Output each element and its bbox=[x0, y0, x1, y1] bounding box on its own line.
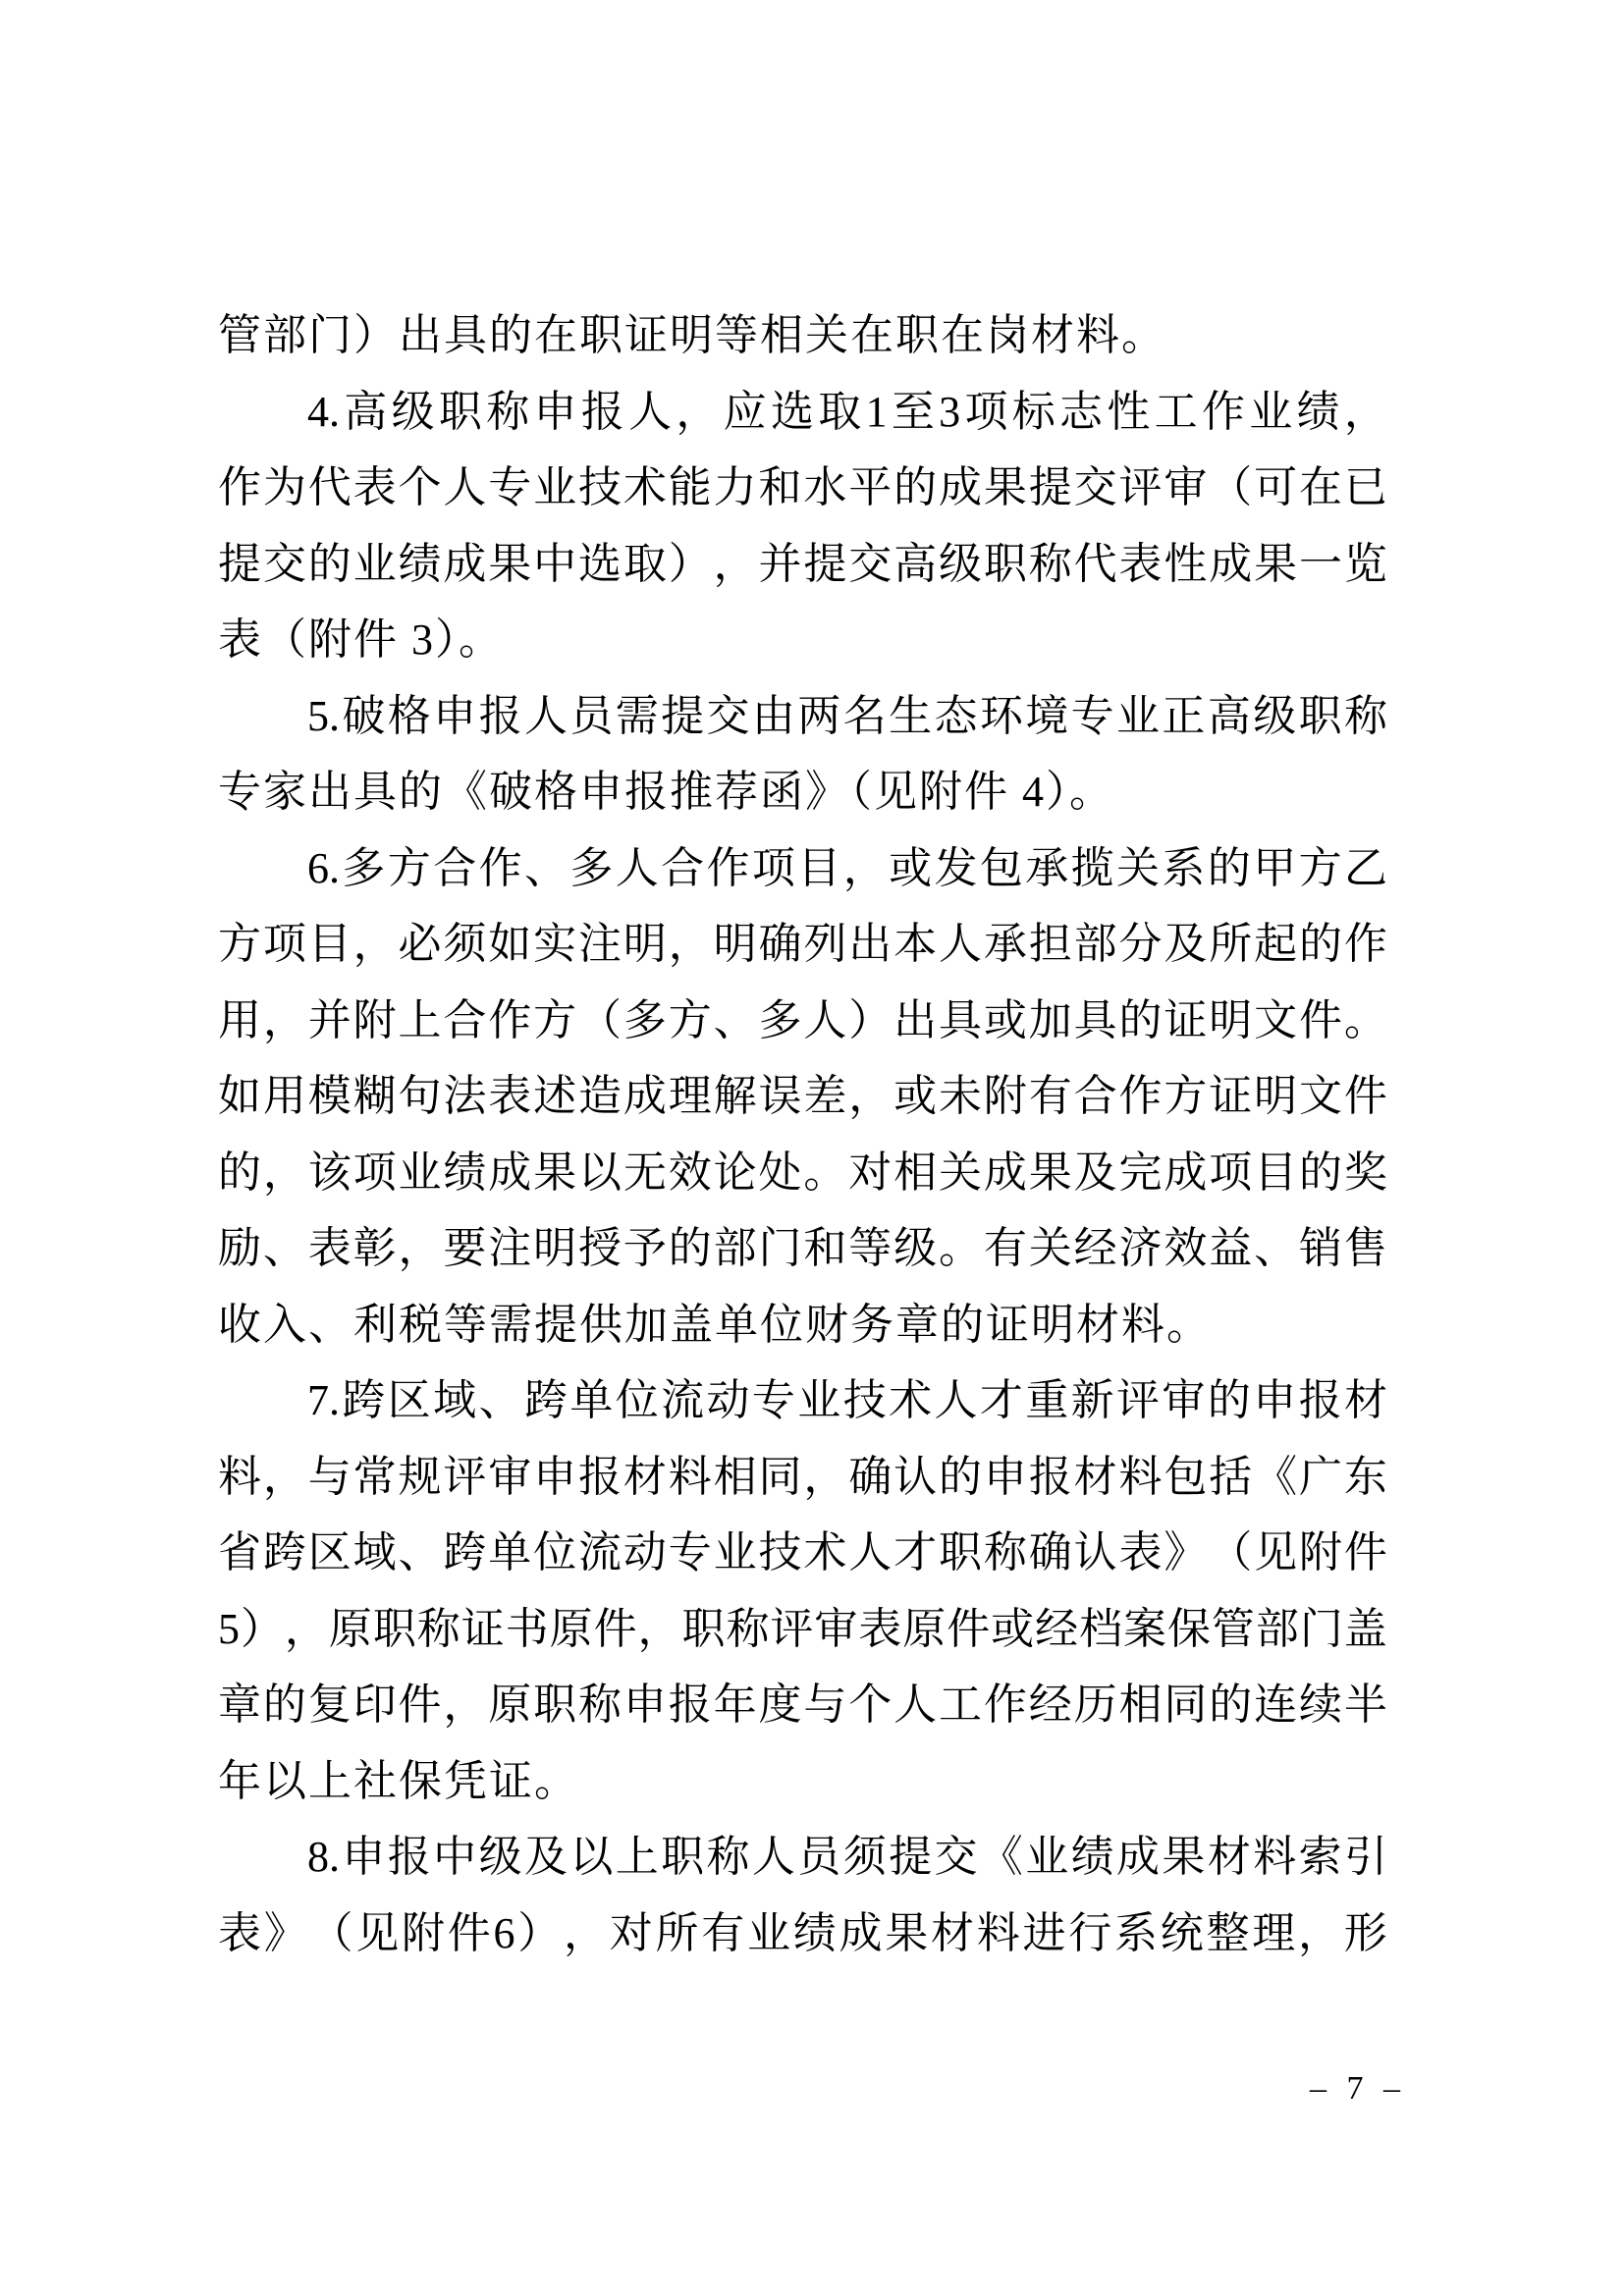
text-char: 误 bbox=[759, 1058, 802, 1135]
text-char: 年 bbox=[714, 1667, 757, 1743]
text-char: 称 bbox=[578, 1667, 622, 1743]
text-char: 合 bbox=[443, 983, 486, 1059]
text-char: 半 bbox=[1344, 1667, 1387, 1743]
text-char: 人 bbox=[939, 906, 982, 983]
text-char: 业 bbox=[353, 526, 397, 603]
text-line: 7.跨区域、跨单位流动专业技术人才重新评审的申报材 bbox=[218, 1362, 1387, 1439]
text-char: 级 bbox=[1253, 678, 1296, 755]
text-char: 连 bbox=[1254, 1667, 1297, 1743]
text-char: 专 bbox=[1071, 678, 1114, 755]
text-char: 评 bbox=[770, 1591, 813, 1668]
text-char: 级 bbox=[392, 374, 435, 451]
text-char: 所 bbox=[1209, 906, 1252, 983]
text-char: 如 bbox=[488, 906, 531, 983]
text-char: 出 bbox=[893, 983, 937, 1059]
text-char: 作 bbox=[479, 830, 522, 907]
text-char: 表 bbox=[1119, 526, 1163, 603]
text-char: 乙 bbox=[1344, 830, 1387, 907]
text-char: 的 bbox=[218, 1135, 261, 1211]
document-page: 管部门）出具的在职证明等相关在职在岗材料。4.高级职称申报人，应选取1至3项标志… bbox=[0, 0, 1624, 2296]
text-char: 对 bbox=[848, 1135, 892, 1211]
text-char: 部 bbox=[714, 1210, 757, 1287]
text-char: 书 bbox=[506, 1591, 549, 1668]
text-char: 作 bbox=[984, 1667, 1027, 1743]
text-char: 常 bbox=[353, 1439, 397, 1516]
text-char: 单 bbox=[569, 1362, 613, 1439]
text-char: 表 bbox=[858, 1591, 901, 1668]
text-char: 成 bbox=[984, 1135, 1027, 1211]
text-char: 人 bbox=[616, 830, 659, 907]
text-char: 览 bbox=[1344, 526, 1387, 603]
text-char: 员 bbox=[569, 678, 613, 755]
document-body: 管部门）出具的在职证明等相关在职在岗材料。4.高级职称申报人，应选取1至3项标志… bbox=[218, 297, 1387, 1971]
text-char: 单 bbox=[488, 1515, 531, 1591]
text-char: 生 bbox=[889, 678, 932, 755]
text-char: 或 bbox=[893, 1058, 937, 1135]
text-char: 代 bbox=[308, 450, 352, 526]
text-char: 级 bbox=[939, 526, 982, 603]
text-char: 授 bbox=[578, 1210, 622, 1287]
text-char: 关 bbox=[1116, 830, 1160, 907]
text-char: 材 bbox=[1344, 1362, 1387, 1439]
text-char: 绩 bbox=[793, 1896, 837, 1972]
page-number: – 7 – bbox=[1310, 2067, 1406, 2110]
text-char: 件 bbox=[594, 1591, 637, 1668]
text-char: 破 bbox=[342, 678, 385, 755]
text-char: 原 bbox=[550, 1591, 593, 1668]
text-char: 发 bbox=[934, 830, 977, 907]
text-char: 与 bbox=[803, 1667, 846, 1743]
text-char: 及 bbox=[1074, 1135, 1117, 1211]
text-char: 称 bbox=[1029, 526, 1072, 603]
text-char: 上 bbox=[616, 1819, 659, 1896]
text-char: 新 bbox=[1071, 1362, 1114, 1439]
text-char: ） bbox=[517, 1896, 561, 1972]
text-char: 方 bbox=[669, 983, 712, 1059]
text-char: 工 bbox=[1155, 374, 1198, 451]
text-char: 同 bbox=[759, 1439, 802, 1516]
text-char: 方 bbox=[533, 983, 576, 1059]
text-char: 的 bbox=[893, 450, 937, 526]
text-char: ， bbox=[638, 1591, 681, 1668]
text-char: 级 bbox=[479, 1819, 522, 1896]
text-char: 甲 bbox=[1253, 830, 1296, 907]
text-char: 本 bbox=[893, 906, 937, 983]
text-line: 用，并附上合作方（多方、多人）出具或加具的证明文件。 bbox=[218, 983, 1387, 1059]
text-char: ， bbox=[285, 1591, 328, 1668]
text-char: 成 bbox=[1209, 526, 1252, 603]
text-char: 相 bbox=[1119, 1667, 1163, 1743]
text-char: 文 bbox=[1254, 983, 1297, 1059]
text-char: 售 bbox=[1344, 1210, 1387, 1287]
text-char: 需 bbox=[616, 678, 659, 755]
text-char: 引 bbox=[1344, 1819, 1387, 1896]
text-char: 高 bbox=[893, 526, 937, 603]
text-char: 多 bbox=[759, 983, 802, 1059]
text-char: 评 bbox=[1119, 450, 1163, 526]
text-char: 与 bbox=[308, 1439, 352, 1516]
text-char: 整 bbox=[1207, 1896, 1250, 1972]
text-char: 出 bbox=[848, 906, 892, 983]
text-char: ， bbox=[1298, 1896, 1341, 1972]
text-char: 列 bbox=[803, 906, 846, 983]
text-char: 作 bbox=[1119, 1058, 1163, 1135]
text-char: 盖 bbox=[1344, 1591, 1387, 1668]
text-char: 件 bbox=[1344, 1515, 1387, 1591]
text-char: 对 bbox=[610, 1896, 653, 1972]
text-char: 力 bbox=[714, 450, 757, 526]
text-char: 流 bbox=[661, 1362, 704, 1439]
text-char: 必 bbox=[399, 906, 442, 983]
text-char: 见 bbox=[1254, 1515, 1297, 1591]
text-char: 项 bbox=[752, 830, 795, 907]
text-char: 经 bbox=[1074, 1210, 1117, 1287]
text-char: 目 bbox=[797, 830, 840, 907]
text-char: 、 bbox=[714, 983, 757, 1059]
text-char: 明 bbox=[714, 906, 757, 983]
text-char: 人 bbox=[752, 1819, 795, 1896]
text-char: 跨 bbox=[263, 1515, 306, 1591]
text-char: 认 bbox=[893, 1439, 937, 1516]
text-char: 8. bbox=[307, 1819, 340, 1896]
text-char: 绩 bbox=[1297, 374, 1340, 451]
text-char: 域 bbox=[353, 1515, 397, 1591]
text-line: 提交的业绩成果中选取），并提交高级职称代表性成果一览 bbox=[218, 526, 1387, 603]
text-char: 济 bbox=[1119, 1210, 1163, 1287]
text-char: 动 bbox=[623, 1515, 667, 1591]
text-char: 效 bbox=[1164, 1210, 1207, 1287]
text-char: ， bbox=[353, 906, 397, 983]
text-char: 料 bbox=[218, 1439, 261, 1516]
text-char: 如 bbox=[218, 1058, 261, 1135]
text-char: 件 bbox=[1344, 1058, 1387, 1135]
text-char: 料 bbox=[1253, 1819, 1296, 1896]
text-char: 果 bbox=[984, 450, 1027, 526]
text-char: 度 bbox=[759, 1667, 802, 1743]
text-char: 、 bbox=[524, 830, 568, 907]
text-char: 6. bbox=[307, 830, 340, 907]
text-char: 和 bbox=[759, 450, 802, 526]
text-char: 人 bbox=[848, 1515, 892, 1591]
text-char: 在 bbox=[1299, 450, 1342, 526]
text-char: 提 bbox=[218, 526, 261, 603]
text-char: 模 bbox=[308, 1058, 352, 1135]
text-char: 作 bbox=[1344, 906, 1387, 983]
text-char: 人 bbox=[628, 374, 672, 451]
text-char: 《 bbox=[1254, 1439, 1297, 1516]
text-char: 专 bbox=[752, 1362, 795, 1439]
text-char: 代 bbox=[1074, 526, 1117, 603]
text-char: ） bbox=[669, 526, 712, 603]
text-char: 确 bbox=[848, 1439, 892, 1516]
text-char: 印 bbox=[353, 1667, 397, 1743]
text-char: 原 bbox=[902, 1591, 946, 1668]
text-char: 方 bbox=[1299, 830, 1342, 907]
text-char: 域 bbox=[433, 1362, 476, 1439]
text-char: 水 bbox=[803, 450, 846, 526]
text-char: 理 bbox=[669, 1058, 712, 1135]
text-line: 年以上社保凭证。 bbox=[218, 1743, 1387, 1820]
text-char: 职 bbox=[984, 526, 1027, 603]
text-char: 术 bbox=[803, 1515, 846, 1591]
text-char: 多 bbox=[569, 830, 613, 907]
text-char: 理 bbox=[1252, 1896, 1295, 1972]
text-char: 交 bbox=[707, 678, 750, 755]
text-char: 3 bbox=[939, 374, 960, 451]
text-char: 销 bbox=[1299, 1210, 1342, 1287]
text-line: 如用模糊句法表述造成理解误差，或未附有合作方证明文件 bbox=[218, 1058, 1387, 1135]
text-char: 的 bbox=[1208, 1362, 1251, 1439]
text-char: 项 bbox=[263, 906, 306, 983]
text-char: 表 bbox=[1119, 1515, 1163, 1591]
text-char: 。 bbox=[803, 1135, 846, 1211]
text-char: 系 bbox=[1114, 1896, 1158, 1972]
text-char: 统 bbox=[1161, 1896, 1204, 1972]
text-char: 动 bbox=[707, 1362, 750, 1439]
text-char: 级 bbox=[893, 1210, 937, 1287]
text-char: 以 bbox=[578, 1135, 622, 1211]
text-char: 人 bbox=[524, 678, 568, 755]
text-char: 才 bbox=[980, 1362, 1023, 1439]
text-char: 应 bbox=[724, 374, 767, 451]
text-char: 励 bbox=[218, 1210, 261, 1287]
text-char: 报 bbox=[1299, 1362, 1342, 1439]
text-char: 提 bbox=[889, 1819, 932, 1896]
text-char: 业 bbox=[399, 1135, 442, 1211]
text-char: 作 bbox=[1202, 374, 1245, 451]
text-char: 至 bbox=[892, 374, 935, 451]
text-char: 术 bbox=[623, 450, 667, 526]
text-line: 专家出具的《破格申报推荐函》（见附件 4）。 bbox=[218, 754, 1387, 830]
text-char: 7. bbox=[307, 1362, 340, 1439]
text-char: 取 bbox=[818, 374, 861, 451]
text-char: 料 bbox=[669, 1439, 712, 1516]
text-char: 称 bbox=[486, 374, 529, 451]
text-char: 料 bbox=[977, 1896, 1020, 1972]
text-char: 的 bbox=[1299, 1135, 1342, 1211]
text-line: 的，该项业绩成果以无效论处。对相关成果及完成项目的奖 bbox=[218, 1135, 1387, 1211]
text-char: 高 bbox=[344, 374, 387, 451]
text-char: 须 bbox=[443, 906, 486, 983]
text-char: 可 bbox=[1254, 450, 1297, 526]
text-char: 的 bbox=[1209, 1667, 1252, 1743]
text-char: 作 bbox=[488, 983, 531, 1059]
text-char: 明 bbox=[1209, 983, 1252, 1059]
text-char: 经 bbox=[1035, 1591, 1078, 1668]
text-char: 原 bbox=[329, 1591, 372, 1668]
text-char: 有 bbox=[701, 1896, 744, 1972]
text-char: 位 bbox=[533, 1515, 576, 1591]
text-char: 有 bbox=[984, 1210, 1027, 1287]
text-char: 表 bbox=[353, 450, 397, 526]
text-char: 职 bbox=[439, 374, 482, 451]
text-char: 明 bbox=[623, 906, 667, 983]
text-char: 目 bbox=[1254, 1135, 1297, 1211]
text-char: 格 bbox=[388, 678, 431, 755]
text-char: 区 bbox=[308, 1515, 352, 1591]
text-char: 报 bbox=[388, 1819, 431, 1896]
text-char: 交 bbox=[848, 526, 892, 603]
text-char: 附 bbox=[353, 983, 397, 1059]
text-char: 两 bbox=[797, 678, 840, 755]
text-char: 一 bbox=[1299, 526, 1342, 603]
text-char: 原 bbox=[488, 1667, 531, 1743]
text-line: 方项目，必须如实注明，明确列出本人承担部分及所起的作 bbox=[218, 906, 1387, 983]
text-char: 承 bbox=[984, 906, 1027, 983]
text-char: 行 bbox=[1068, 1896, 1111, 1972]
text-char: 专 bbox=[488, 450, 531, 526]
text-char: 《 bbox=[980, 1819, 1023, 1896]
text-line: 收入、利税等需提供加盖单位财务章的证明材料。 bbox=[218, 1287, 1387, 1363]
text-char: 的 bbox=[1119, 983, 1163, 1059]
text-line: 励、表彰，要注明授予的部门和等级。有关经济效益、销售 bbox=[218, 1210, 1387, 1287]
text-char: 成 bbox=[623, 1058, 667, 1135]
text-char: 4. bbox=[307, 374, 340, 451]
text-char: 包 bbox=[1164, 1439, 1207, 1516]
text-char: 或 bbox=[889, 830, 932, 907]
text-char: 要 bbox=[443, 1210, 486, 1287]
text-char: 交 bbox=[1074, 450, 1117, 526]
text-char: 职 bbox=[373, 1591, 416, 1668]
text-char: 管 bbox=[1212, 1591, 1255, 1668]
text-char: 专 bbox=[669, 1515, 712, 1591]
text-char: 报 bbox=[669, 1667, 712, 1743]
text-char: ， bbox=[843, 830, 887, 907]
text-char: 申 bbox=[433, 678, 476, 755]
text-char: 职 bbox=[939, 1515, 982, 1591]
text-char: 选 bbox=[578, 526, 622, 603]
text-char: 态 bbox=[934, 678, 977, 755]
text-char: 或 bbox=[984, 983, 1027, 1059]
text-char: 及 bbox=[1164, 906, 1207, 983]
text-char: 技 bbox=[578, 450, 622, 526]
text-char: 奖 bbox=[1344, 1135, 1387, 1211]
text-char: 业 bbox=[1116, 678, 1160, 755]
text-char: 方 bbox=[218, 906, 261, 983]
text-line: 8.申报中级及以上职称人员须提交《业绩成果材料索引 bbox=[218, 1819, 1387, 1896]
text-char: ， bbox=[564, 1896, 607, 1972]
text-char: 复 bbox=[308, 1667, 352, 1743]
text-char: 部 bbox=[1256, 1591, 1299, 1668]
text-char: 件 bbox=[448, 1896, 491, 1972]
text-char: 能 bbox=[669, 450, 712, 526]
text-char: 见 bbox=[355, 1896, 399, 1972]
text-char: 表 bbox=[218, 1896, 261, 1972]
text-char: 跨 bbox=[342, 1362, 385, 1439]
text-char: 员 bbox=[797, 1819, 840, 1896]
text-line: 管部门）出具的在职证明等相关在职在岗材料。 bbox=[218, 297, 1387, 374]
text-char: 件 bbox=[1299, 983, 1342, 1059]
text-char: 承 bbox=[1025, 830, 1068, 907]
text-char: 以 bbox=[569, 1819, 613, 1896]
text-char: 的 bbox=[939, 1439, 982, 1516]
text-char: 申 bbox=[1253, 1362, 1296, 1439]
text-char: 包 bbox=[980, 830, 1023, 907]
text-char: 申 bbox=[533, 1439, 576, 1516]
text-char: 业 bbox=[1025, 1819, 1068, 1896]
text-char: 正 bbox=[1162, 678, 1205, 755]
text-char: 成 bbox=[1164, 1135, 1207, 1211]
text-char: 报 bbox=[479, 678, 522, 755]
text-char: ， bbox=[263, 1439, 306, 1516]
text-line: 5.破格申报人员需提交由两名生态环境专业正高级职称 bbox=[218, 678, 1387, 755]
text-line: 作为代表个人专业技术能力和水平的成果提交评审（可在已 bbox=[218, 450, 1387, 526]
text-char: 5. bbox=[307, 678, 340, 755]
text-line: 5），原职称证书原件，职称评审表原件或经档案保管部门盖 bbox=[218, 1591, 1387, 1668]
text-char: 起 bbox=[1254, 906, 1297, 983]
text-char: 进 bbox=[1023, 1896, 1066, 1972]
text-char: 索 bbox=[1299, 1819, 1342, 1896]
text-char: 实 bbox=[533, 906, 576, 983]
text-char: 续 bbox=[1299, 1667, 1342, 1743]
text-char: 位 bbox=[616, 1362, 659, 1439]
text-char: 成 bbox=[1116, 1819, 1160, 1896]
text-char: 完 bbox=[1119, 1135, 1163, 1211]
text-char: 分 bbox=[1119, 906, 1163, 983]
text-char: 表 bbox=[308, 1210, 352, 1287]
text-char: 选 bbox=[771, 374, 814, 451]
text-char: 档 bbox=[1079, 1591, 1122, 1668]
text-char: 的 bbox=[263, 1667, 306, 1743]
text-char: 予 bbox=[623, 1210, 667, 1287]
text-char: 系 bbox=[1162, 830, 1205, 907]
text-char: 业 bbox=[714, 1515, 757, 1591]
text-char: 6 bbox=[494, 1896, 515, 1972]
text-char: 绩 bbox=[443, 1135, 486, 1211]
text-char: 果 bbox=[885, 1896, 928, 1972]
text-char: ， bbox=[803, 1439, 846, 1516]
text-char: 职 bbox=[681, 1591, 725, 1668]
text-char: 流 bbox=[578, 1515, 622, 1591]
text-char: 申 bbox=[623, 1667, 667, 1743]
text-char: 及 bbox=[524, 1819, 568, 1896]
text-char: 报 bbox=[581, 374, 624, 451]
text-char: 等 bbox=[848, 1210, 892, 1287]
text-char: 方 bbox=[1164, 1058, 1207, 1135]
text-char: 历 bbox=[1074, 1667, 1117, 1743]
text-char: 材 bbox=[931, 1896, 974, 1972]
text-char: 项 bbox=[353, 1135, 397, 1211]
text-char: 经 bbox=[1029, 1667, 1072, 1743]
text-char: 由 bbox=[752, 678, 795, 755]
text-char: 果 bbox=[488, 526, 531, 603]
text-char: 处 bbox=[759, 1135, 802, 1211]
text-char: 称 bbox=[417, 1591, 460, 1668]
text-char: 有 bbox=[1029, 1058, 1072, 1135]
text-char: 交 bbox=[263, 526, 306, 603]
text-char: 无 bbox=[623, 1135, 667, 1211]
text-char: 才 bbox=[893, 1515, 937, 1591]
text-char: 审 bbox=[488, 1439, 531, 1516]
text-char: 交 bbox=[934, 1819, 977, 1896]
text-char: 论 bbox=[714, 1135, 757, 1211]
text-char: 形 bbox=[1344, 1896, 1387, 1972]
text-char: 审 bbox=[1164, 450, 1207, 526]
text-char: 相 bbox=[893, 1135, 937, 1211]
text-char: 造 bbox=[578, 1058, 622, 1135]
text-char: 术 bbox=[889, 1362, 932, 1439]
text-char: 果 bbox=[1029, 1135, 1072, 1211]
text-line: 省跨区域、跨单位流动专业技术人才职称确认表》（见附件 bbox=[218, 1515, 1387, 1591]
text-char: 益 bbox=[1209, 1210, 1252, 1287]
text-char: 所 bbox=[656, 1896, 699, 1972]
text-char: 具 bbox=[939, 983, 982, 1059]
text-char: 人 bbox=[443, 450, 486, 526]
text-line: 4.高级职称申报人，应选取1至3项标志性工作业绩， bbox=[218, 374, 1387, 451]
text-char: 注 bbox=[488, 1210, 531, 1287]
text-char: 差 bbox=[803, 1058, 846, 1135]
text-char: 技 bbox=[843, 1362, 887, 1439]
